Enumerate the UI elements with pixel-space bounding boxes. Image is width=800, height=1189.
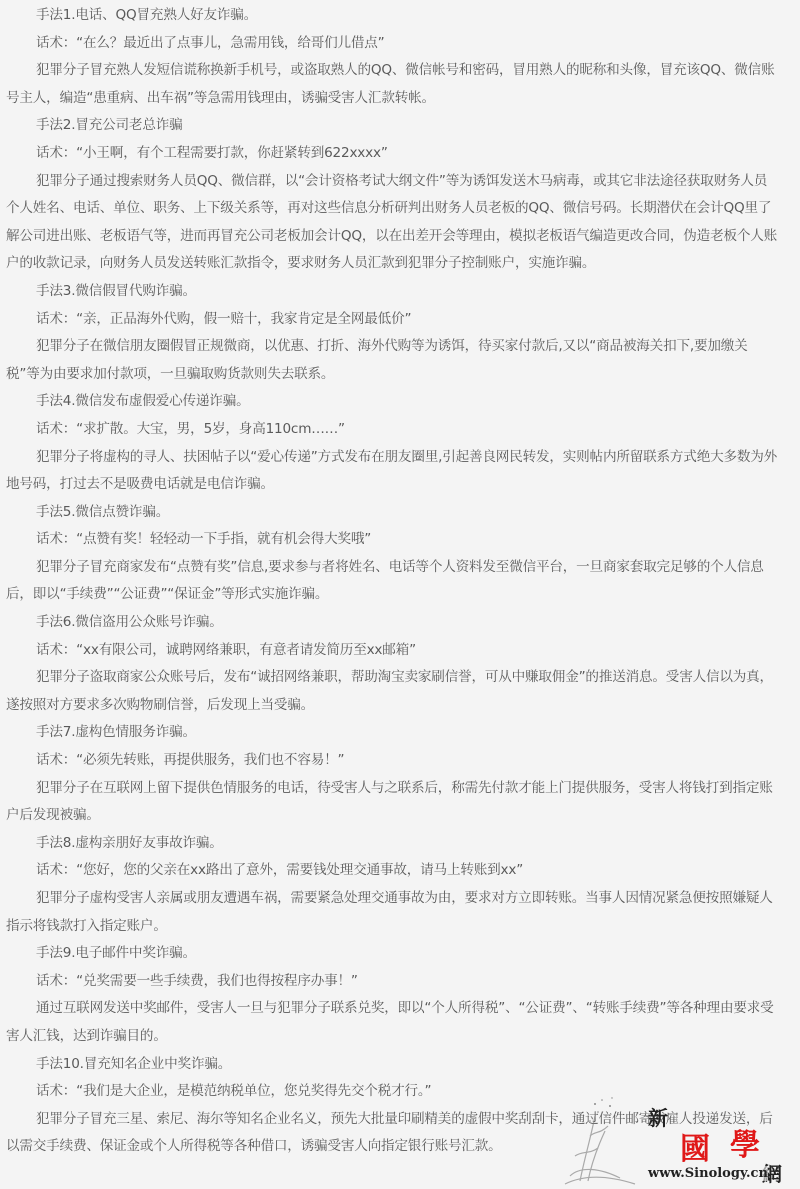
method-heading: 手法3.微信假冒代购诈骗。 [6,278,778,306]
method-description: 犯罪分子盗取商家公众账号后，发布“诚招网络兼职，帮助淘宝卖家刷信誉，可从中赚取佣… [6,664,778,719]
script-quote: 话术：“求扩散。大宝，男，5岁，身高110cm……” [6,416,778,444]
script-quote: 话术：“xx有限公司，诚聘网络兼职，有意者请发简历至xx邮箱” [6,637,778,665]
method-description: 通过互联网发送中奖邮件，受害人一旦与犯罪分子联系兑奖，即以“个人所得税”、“公证… [6,995,778,1050]
method-description: 犯罪分子在微信朋友圈假冒正规微商，以优惠、打折、海外代购等为诱饵，待买家付款后,… [6,333,778,388]
method-heading: 手法9.电子邮件中奖诈骗。 [6,940,778,968]
method-description: 犯罪分子虚构受害人亲属或朋友遭遇车祸，需要紧急处理交通事故为由，要求对方立即转账… [6,885,778,940]
method-heading: 手法7.虚构色情服务诈骗。 [6,719,778,747]
watermark-url: www.Sinology.cn [648,1166,768,1181]
method-description: 犯罪分子冒充商家发布“点赞有奖”信息,要求参与者将姓名、电话等个人资料发至微信平… [6,554,778,609]
method-heading: 手法2.冒充公司老总诈骗 [6,112,778,140]
ink-painting-icon [550,1096,645,1186]
watermark-char-xin: 新 [648,1102,668,1131]
script-quote: 话术：“您好，您的父亲在xx路出了意外，需要钱处理交通事故，请马上转账到xx” [6,857,778,885]
method-heading: 手法1.电话、QQ冒充熟人好友诈骗。 [6,2,778,30]
method-description: 犯罪分子通过搜索财务人员QQ、微信群，以“会计资格考试大纲文件”等为诱饵发送木马… [6,168,778,278]
method-description: 犯罪分子将虚构的寻人、扶困帖子以“爱心传递”方式发布在朋友圈里,引起善良网民转发… [6,444,778,499]
watermark-char-guo: 國 [680,1124,710,1168]
script-quote: 话术：“亲，正品海外代购，假一赔十，我家肯定是全网最低价” [6,306,778,334]
method-heading: 手法4.微信发布虚假爱心传递诈骗。 [6,388,778,416]
script-quote: 话术：“小王啊，有个工程需要打款，你赶紧转到622xxxx” [6,140,778,168]
method-description: 犯罪分子在互联网上留下提供色情服务的电话，待受害人与之联系后，称需先付款才能上门… [6,775,778,830]
script-quote: 话术：“在么？最近出了点事儿，急需用钱，给哥们儿借点” [6,30,778,58]
method-description: 犯罪分子冒充熟人发短信谎称换新手机号，或盗取熟人的QQ、微信帐号和密码，冒用熟人… [6,57,778,112]
watermark-char-xue: 學 [730,1120,760,1164]
method-heading: 手法8.虚构亲朋好友事故诈骗。 [6,830,778,858]
article-body: 手法1.电话、QQ冒充熟人好友诈骗。 话术：“在么？最近出了点事儿，急需用钱，给… [6,2,778,1161]
script-quote: 话术：“点赞有奖！轻轻动一下手指，就有机会得大奖哦” [6,526,778,554]
sinology-watermark: 新 國 學 網 www.Sinology.cn [550,1096,800,1189]
method-heading: 手法5.微信点赞诈骗。 [6,499,778,527]
method-heading: 手法6.微信盗用公众账号诈骗。 [6,609,778,637]
method-heading: 手法10.冒充知名企业中奖诈骗。 [6,1051,778,1079]
script-quote: 话术：“必须先转账，再提供服务，我们也不容易！” [6,747,778,775]
script-quote: 话术：“兑奖需要一些手续费，我们也得按程序办事！” [6,968,778,996]
